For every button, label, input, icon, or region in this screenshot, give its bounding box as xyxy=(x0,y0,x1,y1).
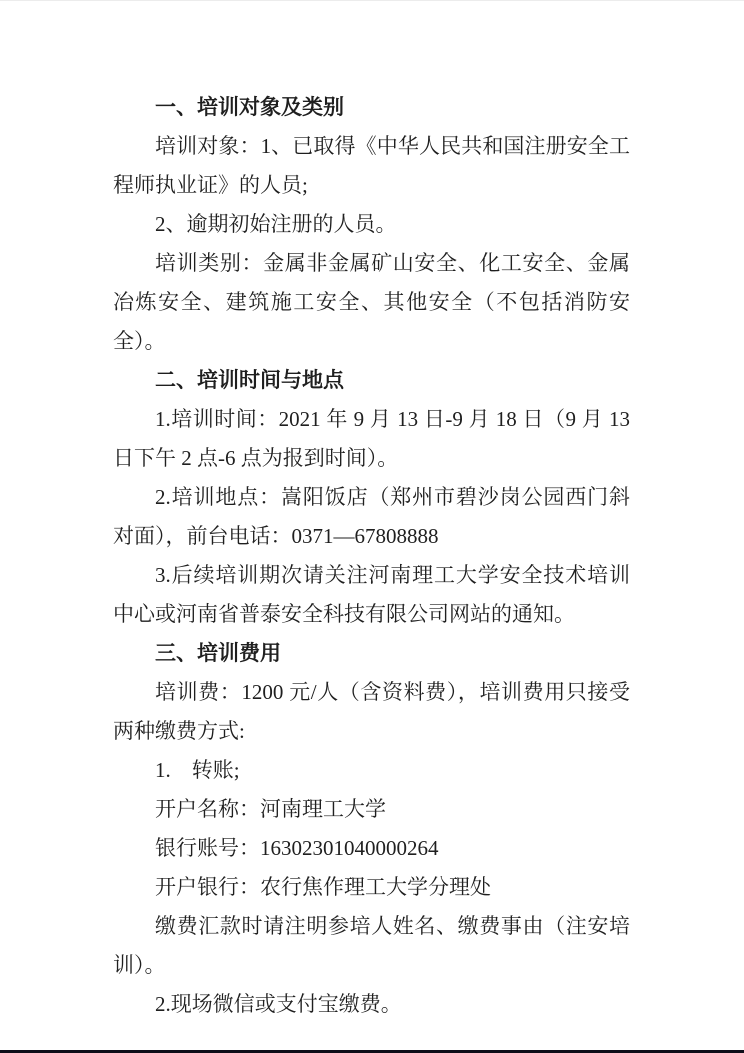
page-top-edge xyxy=(0,0,744,1)
document-content: 一、培训对象及类别培训对象：1、已取得《中华人民共和国注册安全工程师执业证》的人… xyxy=(113,88,630,1024)
document-page: 一、培训对象及类别培训对象：1、已取得《中华人民共和国注册安全工程师执业证》的人… xyxy=(0,0,744,1053)
paragraph: 培训类别：金属非金属矿山安全、化工安全、金属冶炼安全、建筑施工安全、其他安全（不… xyxy=(113,244,630,361)
section-heading: 三、培训费用 xyxy=(113,634,630,673)
paragraph: 缴费汇款时请注明参培人姓名、缴费事由（注安培训）。 xyxy=(113,907,630,985)
paragraph: 2、逾期初始注册的人员。 xyxy=(113,205,630,244)
section-heading: 二、培训时间与地点 xyxy=(113,361,630,400)
paragraph: 3.后续培训期次请关注河南理工大学安全技术培训中心或河南省普泰安全科技有限公司网… xyxy=(113,556,630,634)
paragraph: 2.现场微信或支付宝缴费。 xyxy=(113,985,630,1024)
paragraph: 2.培训地点：嵩阳饭店（郑州市碧沙岗公园西门斜对面），前台电话：0371—678… xyxy=(113,478,630,556)
paragraph: 培训对象：1、已取得《中华人民共和国注册安全工程师执业证》的人员; xyxy=(113,127,630,205)
paragraph: 开户银行：农行焦作理工大学分理处 xyxy=(113,868,630,907)
paragraph: 银行账号：16302301040000264 xyxy=(113,829,630,868)
section-heading: 一、培训对象及类别 xyxy=(113,88,630,127)
paragraph: 开户名称：河南理工大学 xyxy=(113,790,630,829)
paragraph: 1. 转账; xyxy=(113,751,630,790)
paragraph: 1.培训时间：2021 年 9 月 13 日-9 月 18 日（9 月 13 日… xyxy=(113,400,630,478)
paragraph: 培训费：1200 元/人（含资料费），培训费用只接受两种缴费方式: xyxy=(113,673,630,751)
